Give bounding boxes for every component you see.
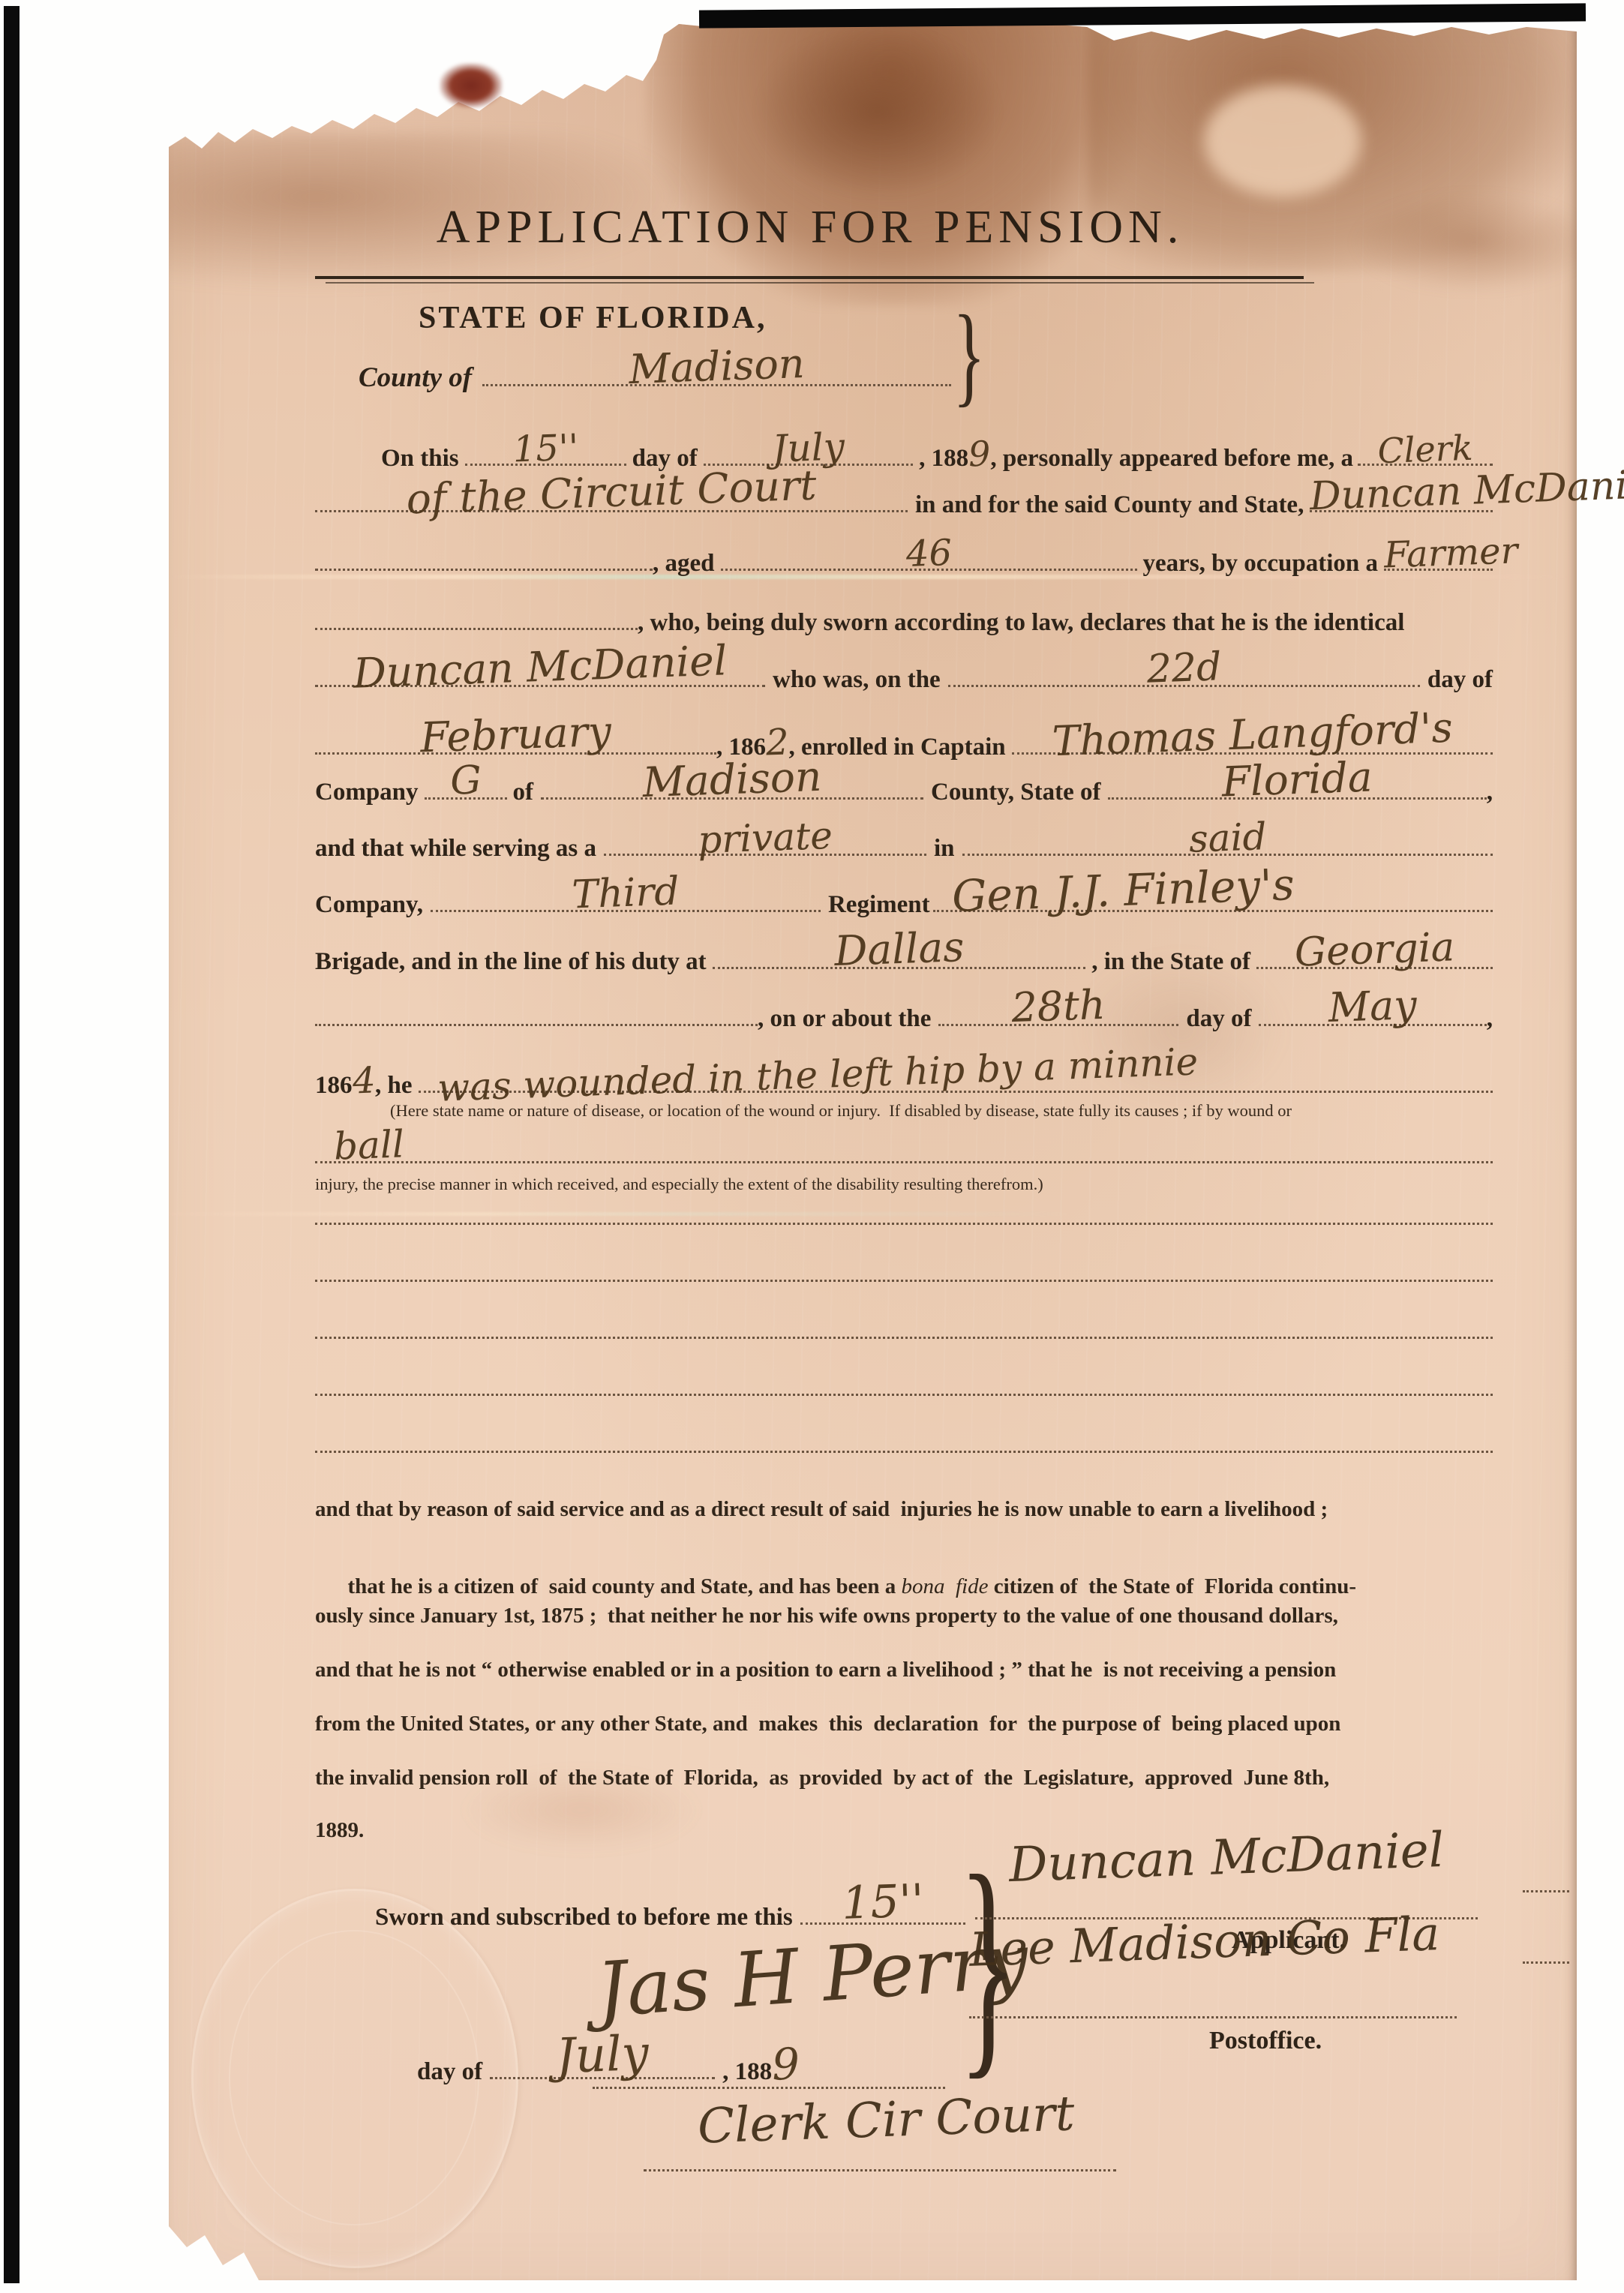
day-handwriting: 15'' bbox=[464, 425, 627, 472]
serving-label: and that while serving as a bbox=[315, 835, 596, 863]
oath-line-5: Duncan McDaniel who was, on the 22d day … bbox=[315, 666, 1493, 694]
company-state-field: Florida bbox=[1108, 790, 1486, 800]
oath-line-4: , who, being duly sworn according to law… bbox=[315, 609, 1493, 637]
year-prefix: , 188 bbox=[919, 445, 968, 473]
he-label: , he bbox=[375, 1072, 413, 1100]
regiment-handwriting: Gen J.J. Finley's bbox=[951, 859, 1295, 922]
of-label: of bbox=[513, 779, 534, 806]
in-what-field: said bbox=[962, 846, 1493, 856]
regiment-label: Regiment bbox=[828, 891, 930, 919]
county-brace: } bbox=[953, 299, 985, 411]
wound-desc-field: was wounded in the left hip by a minnie bbox=[419, 1083, 1493, 1093]
blank-lead-field-3 bbox=[315, 1016, 758, 1026]
declaration-line-6: the invalid pension roll of the State of… bbox=[315, 1766, 1329, 1790]
company2-field: Third bbox=[431, 902, 821, 912]
brigade-label: Brigade, and in the line of his duty at bbox=[315, 948, 707, 976]
clerk-title-handwriting: Clerk Cir Court bbox=[697, 2086, 1076, 2154]
declaration-line-3: ously since January 1st, 1875 ; that nei… bbox=[315, 1604, 1338, 1628]
state-heading: STATE OF FLORIDA, bbox=[419, 300, 767, 336]
enlist-day-field: 22d bbox=[948, 677, 1420, 687]
duty-place-field: Dallas bbox=[713, 959, 1086, 969]
wound-month-handwriting: May bbox=[1258, 979, 1487, 1034]
blank-rule-2 bbox=[315, 1280, 1493, 1282]
identical-name-handwriting: Duncan McDaniel bbox=[314, 635, 766, 699]
declaration-line-4: and that he is not “ otherwise enabled o… bbox=[315, 1658, 1336, 1682]
day-of-label-2: day of bbox=[1427, 666, 1493, 694]
appeared-label: , personally appeared before me, a bbox=[990, 445, 1353, 473]
company-county-field: Madison bbox=[541, 790, 923, 800]
title-rule-thick bbox=[315, 276, 1304, 279]
declaration-line-1: and that by reason of said service and a… bbox=[315, 1497, 1328, 1522]
duty-state-field: Georgia bbox=[1256, 959, 1493, 969]
county-label: County of bbox=[359, 362, 472, 394]
officer-field: Clerk bbox=[1358, 456, 1493, 466]
on-or-about-label: , on or about the bbox=[758, 1005, 931, 1033]
sworn-subscribed-label: Sworn and subscribed to before me this bbox=[375, 1904, 793, 1931]
year1864-prefix: 186 bbox=[315, 1072, 353, 1100]
attest-day-of-label: day of bbox=[417, 2058, 482, 2086]
oath-line-2: of the Circuit Court in and for the said… bbox=[315, 491, 1493, 519]
dotted-fragment-right-1 bbox=[1523, 1890, 1569, 1892]
attest-month-field: July bbox=[490, 2069, 715, 2079]
sworn-clause: , who, being duly sworn according to law… bbox=[638, 609, 1404, 637]
fine-print-2: injury, the precise manner in which rece… bbox=[315, 1175, 1043, 1194]
enlist-month-field: February bbox=[315, 745, 716, 755]
wound-desc-2-field: ball bbox=[315, 1154, 1493, 1163]
dotted-fragment-right-2 bbox=[1523, 1961, 1569, 1964]
declaration-line-2-pre: that he is a citizen of said county and … bbox=[348, 1574, 902, 1598]
blank-rule-4 bbox=[315, 1394, 1493, 1396]
applicant-signature-handwriting: Duncan McDaniel bbox=[1008, 1823, 1445, 1893]
oath-line-1: On this 15'' day of July , 188 9 , perso… bbox=[381, 434, 1493, 474]
scanned-pension-document: APPLICATION FOR PENSION. STATE OF FLORID… bbox=[0, 0, 1624, 2293]
enlist-month-handwriting: February bbox=[314, 704, 717, 766]
enlist-day-handwriting: 22d bbox=[947, 638, 1421, 699]
aged-label: , aged bbox=[653, 550, 715, 578]
wound-year-digit: 4 bbox=[352, 1059, 376, 1102]
attest-year-prefix: , 188 bbox=[722, 2058, 772, 2086]
county-state-of-label: County, State of bbox=[931, 779, 1100, 806]
wound-desc-2-handwriting: ball bbox=[333, 1122, 405, 1168]
trailing-comma: , bbox=[1487, 779, 1493, 806]
occupation-label: years, by occupation a bbox=[1143, 550, 1379, 578]
age-field: 46 bbox=[721, 561, 1137, 571]
applicant-name-field: Duncan McDaniel bbox=[1310, 503, 1493, 512]
age-handwriting: 46 bbox=[720, 525, 1138, 581]
in-and-for-label: in and for the said County and State, bbox=[915, 491, 1304, 519]
on-this-label: On this bbox=[381, 445, 459, 473]
form-content: APPLICATION FOR PENSION. STATE OF FLORID… bbox=[0, 0, 1624, 2293]
duty-state-handwriting: Georgia bbox=[1256, 923, 1493, 977]
company2-handwriting: Third bbox=[430, 864, 821, 923]
wound-day-handwriting: 28th bbox=[938, 978, 1179, 1034]
postoffice-label: Postoffice. bbox=[1209, 2027, 1322, 2055]
court-field: of the Circuit Court bbox=[315, 503, 908, 512]
company-label: Company bbox=[315, 779, 419, 806]
oath-line-7: Company G of Madison County, State of Fl… bbox=[315, 779, 1493, 806]
title-rule-thin bbox=[326, 282, 1314, 284]
company-letter-handwriting: G bbox=[424, 757, 508, 805]
identical-name-field: Duncan McDaniel bbox=[315, 677, 765, 687]
duty-place-handwriting: Dallas bbox=[712, 918, 1087, 979]
blank-lead-field-2 bbox=[315, 620, 638, 630]
oath-line-3: , aged 46 years, by occupation a Farmer bbox=[315, 550, 1493, 578]
rank-handwriting: private bbox=[603, 811, 927, 866]
rank-field: private bbox=[604, 846, 926, 856]
in-what-handwriting: said bbox=[962, 807, 1493, 869]
oath-line-10: Brigade, and in the line of his duty at … bbox=[315, 948, 1493, 976]
wound-month-field: May bbox=[1259, 1016, 1486, 1026]
occupation-handwriting: Farmer bbox=[1383, 530, 1493, 576]
attest-year-digit: 9 bbox=[771, 2038, 800, 2090]
county-line: County of Madison bbox=[359, 362, 951, 394]
blank-rule-1 bbox=[315, 1223, 1493, 1225]
company-letter-field: G bbox=[425, 790, 507, 800]
year-digit-handwriting: 9 bbox=[968, 434, 991, 475]
applicant-name-handwriting: Duncan McDaniel bbox=[1309, 468, 1493, 519]
county-value-handwriting: Madison bbox=[482, 335, 952, 398]
day-of-label-3: day of bbox=[1186, 1005, 1251, 1033]
county-field: Madison bbox=[482, 377, 951, 386]
wound-desc-handwriting: was wounded in the left hip by a minnie bbox=[437, 1040, 1199, 1109]
attest-line-2: day of July , 188 9 bbox=[417, 2039, 897, 2090]
oath-line-11: , on or about the 28th day of May , bbox=[315, 1005, 1493, 1033]
company2-label: Company, bbox=[315, 891, 423, 919]
wound-day-field: 28th bbox=[938, 1016, 1178, 1026]
trailing-comma-2: , bbox=[1487, 1005, 1493, 1033]
oath-line-8: and that while serving as a private in s… bbox=[315, 835, 1493, 863]
day-field: 15'' bbox=[465, 456, 626, 466]
blank-rule-5 bbox=[315, 1451, 1493, 1453]
declaration-line-5: from the United States, or any other Sta… bbox=[315, 1712, 1340, 1736]
occupation-field: Farmer bbox=[1384, 561, 1493, 571]
state-of-label: , in the State of bbox=[1091, 948, 1250, 976]
declaration-line-2-post: citizen of the State of Florida continu- bbox=[988, 1574, 1356, 1598]
clerk-title-rule bbox=[644, 2169, 1116, 2171]
clerk-signature-rule bbox=[593, 2087, 945, 2089]
oath-line-12: 186 4 , he was wounded in the left hip b… bbox=[315, 1060, 1493, 1102]
declaration-line-2-italic: bona fide bbox=[901, 1574, 988, 1598]
blank-rule-3 bbox=[315, 1337, 1493, 1339]
page-title: APPLICATION FOR PENSION. bbox=[315, 201, 1305, 254]
wound-desc-2-line: ball bbox=[315, 1154, 1493, 1163]
postoffice-rule bbox=[969, 2016, 1457, 2018]
blank-lead-field bbox=[315, 561, 653, 571]
fine-print-1: (Here state name or nature of disease, o… bbox=[390, 1101, 1292, 1121]
oath-line-9: Company, Third Regiment Gen J.J. Finley'… bbox=[315, 891, 1493, 919]
regiment-field: Gen J.J. Finley's bbox=[933, 902, 1493, 912]
in-label: in bbox=[934, 835, 955, 863]
officer-handwriting: Clerk bbox=[1357, 427, 1493, 472]
who-was-label: who was, on the bbox=[773, 666, 941, 694]
declaration-line-7: 1889. bbox=[315, 1818, 364, 1843]
